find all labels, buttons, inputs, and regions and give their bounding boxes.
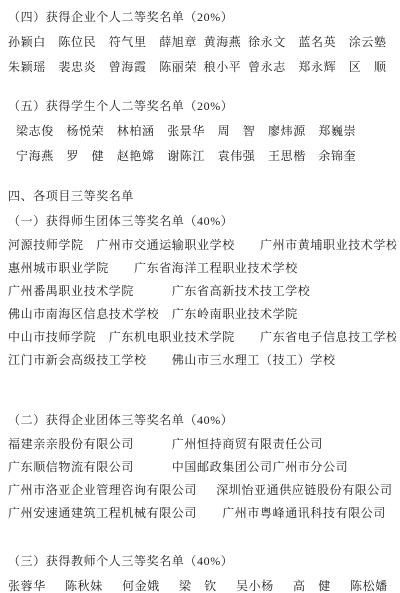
companies-row-1: 福建亲亲股份有限公司 广州恒持商贸有限责任公司 — [8, 433, 396, 456]
names-student-individual-row-1: 梁志俊 杨悦荣 林柏涵 张景华 周 智 廖炜源 郑巍崇 — [8, 119, 396, 144]
schools-row-5: 中山市技师学院 广东机电职业技术学院 广东省电子信息技工学校 — [8, 326, 396, 349]
companies-row-4: 广州安速通建筑工程机械有限公司 广州市粤峰通讯科技有限公司 — [8, 502, 396, 525]
names-enterprise-individual-row-2: 朱颖瑶 裴忠炎 曾海霞 陈丽荣 稂小平 曾永志 郑永辉 区 顺 — [8, 55, 396, 80]
companies-row-3: 广州市洛亚企业管理咨询有限公司 深圳怡亚通供应链股份有限公司 — [8, 479, 396, 502]
names-teacher-individual-row-1: 张蓉华 陈秋妹 何金娥 梁 钦 吴小杨 高 健 陈松嬏 — [8, 574, 396, 593]
heading-enterprise-team-3rd: （二）获得企业团体三等奖名单（40%） — [8, 408, 396, 433]
schools-row-3: 广州番禺职业技术学院 广东省高新技术技工学校 — [8, 280, 396, 303]
part-title-third-prize-list: 四、各项目三等奖名单 — [8, 184, 396, 209]
schools-row-6: 江门市新会高级技工学校 佛山市三水理工（技工）学校 — [8, 349, 396, 372]
names-student-individual-row-2: 宁海燕 罗 健 赵艳嫦 谢陈江 袁伟强 王思楷 余锦奎 — [8, 144, 396, 169]
schools-row-1: 河源技师学院 广州市交通运输职业学校 广州市黄埔职业技术学校 — [8, 234, 396, 257]
names-enterprise-individual-row-1: 孙颖白 陈位民 符气里 薛旭章 黄海燕 徐永文 蓝名英 涂云塾 — [8, 30, 396, 55]
schools-row-4: 佛山市南海区信息技术学校 广东岭南职业技术学院 — [8, 303, 396, 326]
schools-row-2: 惠州城市职业学院 广东省海洋工程职业技术学校 — [8, 257, 396, 280]
heading-school-team-3rd: （一）获得师生团体三等奖名单（40%） — [8, 209, 396, 234]
companies-row-2: 广东顺信物流有限公司 中国邮政集团公司广州市分公司 — [8, 456, 396, 479]
heading-enterprise-individual-2nd: （四）获得企业个人二等奖名单（20%） — [8, 5, 396, 30]
heading-student-individual-2nd: （五）获得学生个人二等奖名单（20%） — [8, 94, 396, 119]
heading-teacher-individual-3rd: （三）获得教师个人三等奖名单（40%） — [8, 549, 396, 574]
document-page: （四）获得企业个人二等奖名单（20%） 孙颖白 陈位民 符气里 薛旭章 黄海燕 … — [0, 0, 400, 593]
